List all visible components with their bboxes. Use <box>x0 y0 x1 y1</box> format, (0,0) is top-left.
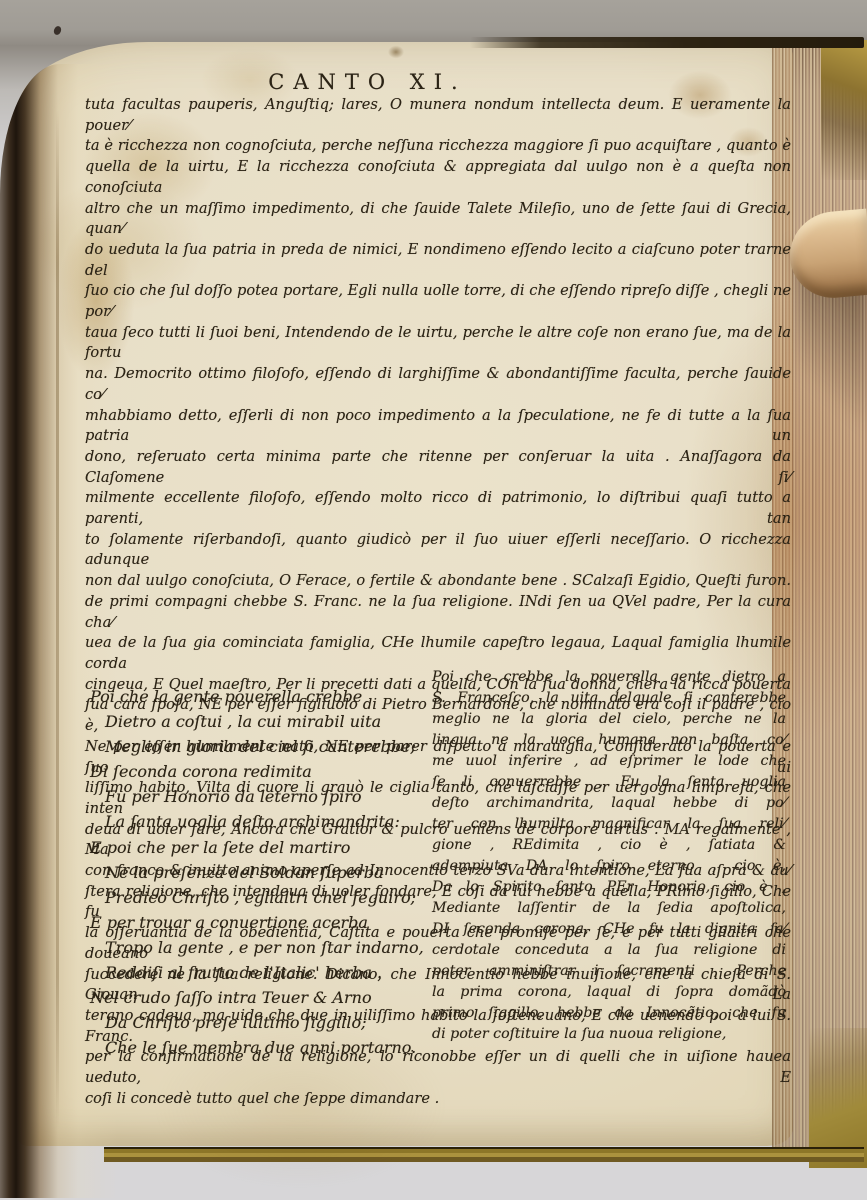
text-line: di poter coſtituire la ſua nuoua religio… <box>432 1024 786 1045</box>
text-line: Reddiſi al frutto de l'Italic' herba . <box>90 960 435 985</box>
text-line: ter con lhumilta magnificar la ſua reli⁄ <box>432 814 786 835</box>
text-line: Di ſeconda corona redimita <box>90 759 435 784</box>
text-line: Che le ſue membra due anni portarno. <box>90 1035 435 1060</box>
text-line: la prima corona, laqual di ſopra domãdò <box>432 982 786 1003</box>
text-line: ta è ricchezza non cognoſciuta, perche n… <box>85 136 791 157</box>
text-line: La ſanta uoglia deſto archimandrita: <box>90 809 435 834</box>
text-line: Meglio in gloria del ciel ſi canterebbe; <box>90 734 435 759</box>
text-line: Fu per Honorio da leterno ſpiro <box>90 784 435 809</box>
text-line: adempiuta DA lo ſpiro eterno , cio è, <box>432 856 786 877</box>
text-line: coſi li concedè tutto quel che ſeppe dim… <box>85 1089 791 1110</box>
text-line: Predicò Chriſto , eglialtri chel ſeguiro… <box>90 885 435 910</box>
verse-column: Poi che la gente pouerella crebbeDietro … <box>90 684 435 1060</box>
text-line: Poi che crebbe la pouerella gente dietro… <box>432 667 786 688</box>
page-top-edge <box>470 37 864 48</box>
text-line: mhabbiamo detto, eſſerli di non poco imp… <box>85 406 791 447</box>
text-line: ſe li conuerrebbe , Fu la ſenta uoglia <box>432 772 786 793</box>
text-line: S. Franceſco, la uita delquale ſi canter… <box>432 688 786 709</box>
text-line: Nel crudo ſaſſo intra Teuer & Arno <box>90 985 435 1010</box>
dust-speck <box>53 25 63 36</box>
text-line: Mediante laſſentir de la ſedia apoſtolic… <box>432 898 786 919</box>
text-line: non dal uulgo conoſciuta, O Ferace, o fe… <box>85 571 791 592</box>
text-line: Ne la preſenza del Soldan ſuperba <box>90 860 435 885</box>
text-line: Da Chriſto preſe lultimo ſiggillo; <box>90 1010 435 1035</box>
gilt-corner-top <box>821 40 867 180</box>
text-line: ſuo cio che ſul doſſo potea portare, Egl… <box>85 281 791 322</box>
text-line: milmente eccellente filoſofo, eſſendo mo… <box>85 488 791 529</box>
text-line: gione , REdimita , cio è , ſatiata & <box>432 835 786 856</box>
text-line: primo ſiggillo, hebbe da Innocẽtio, che … <box>432 1003 786 1024</box>
text-line: poter amminiſtrar i ſacramenti , Perche <box>432 961 786 982</box>
text-line: dono, reſeruato certa minima parte che r… <box>85 447 791 488</box>
text-line: tuta facultas pauperis, Anguſtiq; lares,… <box>85 95 791 136</box>
text-line: me uuol inferire , ad eſprimer le lode c… <box>432 751 786 772</box>
book-photo: CANTO XI. tuta facultas pauperis, Anguſt… <box>0 0 867 1200</box>
text-line: DI ſeconda corona, CHe fu la dignita ſa⁄ <box>432 919 786 940</box>
canto-title: CANTO XI. <box>85 70 650 94</box>
text-line: meglio ne la gloria del cielo, perche ne… <box>432 709 786 730</box>
text-line: quella de la uirtu, E la ricchezza conoſ… <box>85 157 791 198</box>
text-line: na. Democrito ottimo filoſofo, eſſendo d… <box>85 364 791 405</box>
text-line: do ueduta la ſua patria in preda de nimi… <box>85 240 791 281</box>
text-line: Tropo la gente , e per non ſtar indarno, <box>90 935 435 960</box>
text-line: Poi che la gente pouerella crebbe <box>90 684 435 709</box>
text-line: to ſolamente riſerbandoſi, quanto giudic… <box>85 530 791 571</box>
text-line: E per trouar a conuertione acerba <box>90 910 435 935</box>
gilt-bottom-edge <box>104 1147 864 1162</box>
text-line: altro che un maſſimo impedimento, di che… <box>85 199 791 240</box>
text-line: deſto archimandrita, laqual hebbe di po⁄ <box>432 793 786 814</box>
gutter-fold-line <box>56 110 59 1130</box>
text-line: cerdotale conceduta a la ſua religione d… <box>432 940 786 961</box>
text-line: Dietro a coſtui , la cui mirabil uita <box>90 709 435 734</box>
text-line: Da lo Spirito ſanto PEr Honorio, cio è , <box>432 877 786 898</box>
text-line: taua ſeco tutti li ſuoi beni, Intendendo… <box>85 323 791 364</box>
text-line: E poi che per la ſete del martiro <box>90 835 435 860</box>
text-line: de primi compagni chebbe S. Franc. ne la… <box>85 592 791 633</box>
text-line: lingua ne la uoce humana non baſta, co⁄ <box>432 730 786 751</box>
commentary-side-column: Poi che crebbe la pouerella gente dietro… <box>432 667 786 1045</box>
